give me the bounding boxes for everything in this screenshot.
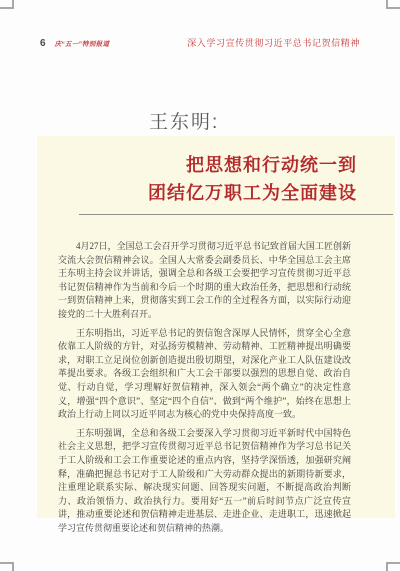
crop-mark-top-right-icon [386, 0, 400, 9]
crop-mark-top-left-icon [0, 0, 14, 9]
article-speaker-name: 王东明: [149, 107, 219, 134]
headline-line-2: 团结亿万职工为全面建设 [37, 179, 357, 207]
page-header: 6 庆“五一”特别报道 深入学习宣传贯彻习近平总书记贺信精神 [40, 36, 360, 49]
article-paragraph-1: 4月27日，全国总工会召开学习贯彻习近平总书记致首届大国工匠创新交流大会贺信精神… [58, 240, 351, 322]
page-number: 6 [40, 38, 46, 49]
crop-mark-bottom-right-icon [386, 562, 400, 571]
article-paragraph-3: 王东明强调，全总和各级工会要深入学习贯彻习近平新时代中国特色社会主义思想，把学习… [58, 427, 351, 536]
article-headline: 把思想和行动统一到 团结亿万职工为全面建设 [37, 136, 395, 207]
header-topic: 深入学习宣传贯彻习近平总书记贺信精神 [187, 36, 360, 49]
headline-divider [79, 214, 393, 215]
article-highlight-block: 把思想和行动统一到 团结亿万职工为全面建设 4月27日，全国总工会召开学习贯彻习… [37, 136, 395, 518]
headline-line-1: 把思想和行动统一到 [37, 151, 357, 179]
article-paragraph-2: 王东明指出，习近平总书记的贺信饱含深厚人民情怀，贯穿全心全意依靠工人阶级的方针，… [58, 327, 351, 422]
page-header-left: 6 庆“五一”特别报道 [40, 38, 109, 49]
crop-mark-bottom-left-icon [0, 562, 14, 571]
article-body: 4月27日，全国总工会召开学习贯彻习近平总书记致首届大国工匠创新交流大会贺信精神… [58, 240, 351, 535]
magazine-page: 6 庆“五一”特别报道 深入学习宣传贯彻习近平总书记贺信精神 王东明: 把思想和… [0, 0, 400, 571]
section-label: 庆“五一”特别报道 [55, 39, 110, 48]
